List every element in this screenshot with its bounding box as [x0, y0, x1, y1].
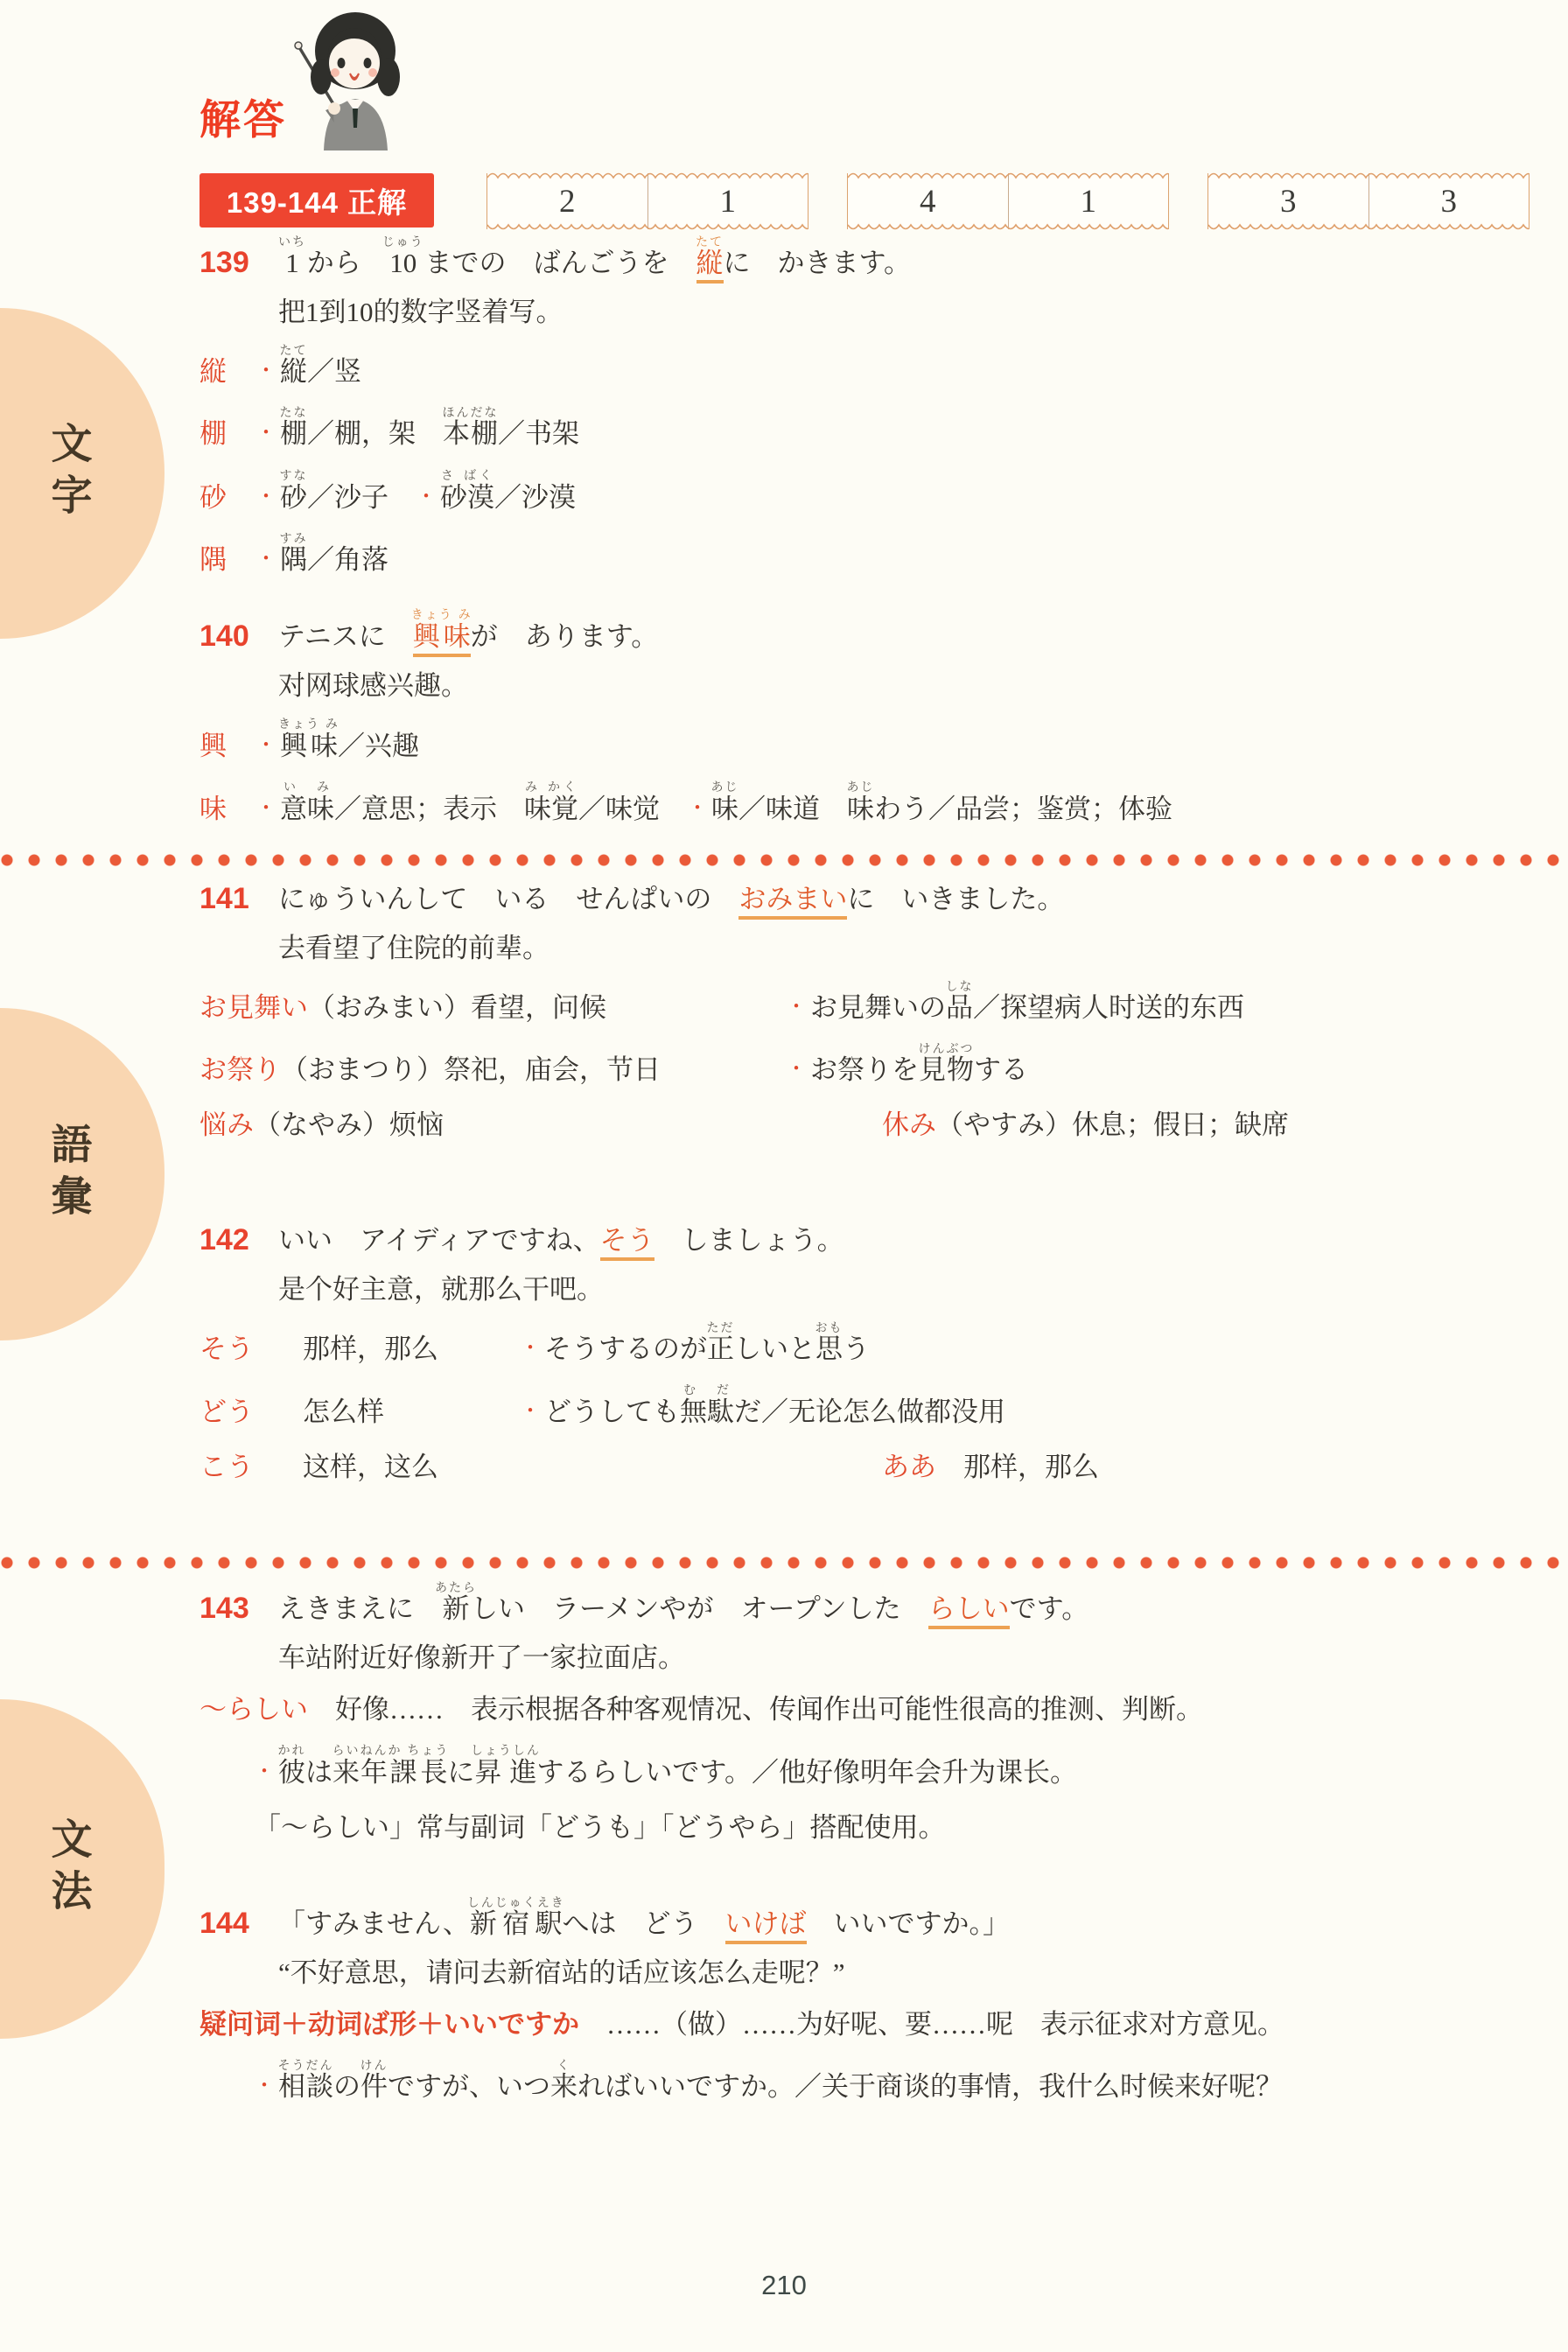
text-segment: ……（做）……为好呢、要……呢 表示征求对方意见。: [579, 2009, 1284, 2040]
text-segment: 見物けんぶつ: [919, 1054, 974, 1085]
red-headword: ああ: [882, 1452, 936, 1482]
answer-boxes: 214133: [486, 173, 1529, 229]
vocab-definition: ・意味い み／意思；表示 味覚み かく／味觉 ・味あじ／味道 味あじわう／品尝；…: [255, 780, 1547, 830]
grammar-explanation: 疑问词＋动词ば形＋いいですか ……（做）……为好呢、要……呢 表示征求对方意见。…: [199, 2004, 1547, 2108]
vocab-cell: 那样，那么: [303, 1328, 520, 1370]
vocab-definition: ・興味きょう み／兴趣: [255, 717, 1547, 767]
bullet-dot: ・: [255, 422, 276, 444]
text-segment: お祭りを: [810, 1054, 919, 1085]
text-segment: ／探望病人时送的东西: [973, 992, 1244, 1023]
text-segment: ／书架: [498, 418, 579, 449]
text-segment: 那样，那么: [936, 1452, 1099, 1482]
highlighted-term: いけば: [725, 1908, 807, 1944]
text-segment: 意味い み: [280, 794, 334, 824]
text-segment: 課長か ちょう: [388, 1757, 448, 1788]
text-segment: 彼かれ: [278, 1757, 305, 1788]
text-segment: えきまえに: [278, 1593, 441, 1624]
question-number: 144: [199, 1907, 278, 1941]
page-number: 210: [0, 2270, 1568, 2301]
text-segment: する: [974, 1054, 1028, 1085]
text-segment: へは どう: [563, 1908, 725, 1939]
text-segment: 「すみません、: [278, 1908, 470, 1939]
answer-box: 41: [847, 173, 1169, 229]
vocab-headword: 味: [199, 787, 255, 826]
answer-value: 4: [848, 173, 1008, 229]
text-segment: そうするのが: [544, 1333, 707, 1364]
explanation-line: ～らしい 好像…… 表示根据各种客观情况、传闻作出可能性很高的推测、判断。: [199, 1689, 1547, 1731]
wavy-border: [487, 171, 808, 180]
text-segment: 品しな: [946, 992, 973, 1023]
question-141: 141 にゅういんして いる せんぱいの おみまいに いきました。 去看望了住院…: [199, 878, 1547, 1146]
vocab-entries: 興・興味きょう み／兴趣味・意味い み／意思；表示 味覚み かく／味觉 ・味あじ…: [199, 717, 1547, 830]
wavy-border: [1208, 171, 1529, 180]
answer-value: 3: [1208, 173, 1368, 229]
answer-box: 21: [486, 173, 808, 229]
text-segment: しいと: [734, 1333, 815, 1364]
vocab-definition: ・隅すみ／角落: [255, 531, 1547, 581]
highlighted-term: 縦たて: [696, 248, 724, 283]
text-segment: 縦たて: [280, 356, 307, 387]
vocab-cell: ・そうするのが正ただしいと思おもう: [520, 1320, 1547, 1370]
bullet-dot: ・: [255, 360, 276, 382]
text-segment: 新宿駅しんじゅくえき: [470, 1908, 563, 1939]
grammar-explanation: ～らしい 好像…… 表示根据各种客观情况、传闻作出可能性很高的推测、判断。・彼か…: [199, 1689, 1547, 1848]
explanation-line: ・相談そうだんの件けんですが、いつ来くればいいですか。／关于商谈的事情，我什么时…: [254, 2058, 1547, 2108]
vocab-row: 悩み（なやみ）烦恼休み（やすみ）休息；假日；缺席: [199, 1104, 1547, 1146]
dotted-divider: [0, 853, 1568, 867]
tab-label: 文法: [40, 1817, 99, 1921]
text-segment: 無駄む だ: [680, 1396, 734, 1427]
question-143: 143 えきまえに 新あたらしい ラーメンやが オープンした らしいです。 车站…: [199, 1580, 1547, 1849]
vocab-cell: そう: [199, 1328, 303, 1370]
question-sentence: 1いち から 10じゅう までの ばんごうを 縦たてに かきます。: [278, 234, 911, 284]
bullet-dot: ・: [687, 797, 708, 820]
text-segment: 1いち: [278, 248, 300, 278]
text-segment: 味覚み かく: [524, 794, 578, 824]
red-headword: 休み: [882, 1109, 936, 1140]
vocab-headword: 興: [199, 724, 255, 763]
vocab-cell: ・お見舞いの品しな／探望病人时送的东西: [786, 979, 1547, 1029]
wavy-border: [1208, 222, 1529, 231]
highlighted-term: おみまい: [738, 884, 847, 920]
text-segment: わう／品尝；鉴赏；体验: [874, 794, 1172, 824]
text-segment: お見舞いの: [810, 992, 946, 1023]
wavy-border: [487, 222, 808, 231]
question-142: 142 いい アイディアですね、そう しましょう。 是个好主意，就那么干吧。 そ…: [199, 1220, 1547, 1488]
text-segment: ／沙漠: [494, 482, 576, 513]
answer-value: 3: [1368, 173, 1529, 229]
vocab-entry-row: 棚・棚たな／棚，架 本棚ほんだな／书架: [199, 405, 1547, 455]
question-number: 139: [199, 246, 278, 280]
vocab-cell: こう: [199, 1446, 303, 1488]
question-140: 140 テニスに 興味きょう みが あります。 对网球感兴趣。 興・興味きょう …: [199, 607, 1547, 831]
text-segment: （やすみ）休息；假日；缺席: [936, 1109, 1289, 1140]
vocab-row: そう那样，那么・そうするのが正ただしいと思おもう: [199, 1320, 1547, 1370]
bullet-dot: ・: [520, 1337, 541, 1360]
red-headword: こう: [199, 1452, 254, 1482]
text-segment: の: [333, 2071, 360, 2102]
vocab-row: こう这样，这么ああ 那样，那么: [199, 1446, 1547, 1488]
red-headword: どう: [199, 1396, 254, 1427]
question-translation: 是个好主意，就那么干吧。: [278, 1270, 1547, 1308]
text-segment: 味あじ: [847, 794, 874, 824]
text-segment: 正ただ: [707, 1333, 734, 1364]
tab-label: 文字: [40, 422, 99, 525]
vocab-cell: ・どうしても無駄む だだ／无论怎么做都没用: [520, 1382, 1547, 1433]
highlighted-term: 興味きょう み: [413, 621, 471, 657]
red-headword: ～らしい: [199, 1694, 308, 1725]
bullet-dot: ・: [786, 1058, 807, 1081]
explanation-line: 疑问词＋动词ば形＋いいですか ……（做）……为好呢、要……呢 表示征求对方意见。: [199, 2004, 1547, 2046]
question-translation: 车站附近好像新开了一家拉面店。: [278, 1639, 1547, 1676]
answer-value: 1: [1008, 173, 1169, 229]
question-sentence: にゅういんして いる せんぱいの おみまいに いきました。: [278, 878, 1064, 920]
text-segment: が あります。: [471, 621, 659, 652]
vocab-cell: 悩み（なやみ）烦恼: [199, 1104, 882, 1146]
text-segment: ／味觉: [578, 794, 687, 824]
sidebar-tab-goi: 語彙: [0, 1008, 164, 1340]
vocab-definition: ・棚たな／棚，架 本棚ほんだな／书架: [255, 405, 1547, 455]
bullet-dot: ・: [520, 1400, 541, 1423]
text-segment: ／意思；表示: [334, 794, 524, 824]
text-segment: ／棚，架: [307, 418, 443, 449]
wavy-border: [848, 171, 1168, 180]
vocab-entry-row: 興・興味きょう み／兴趣: [199, 717, 1547, 767]
vocab-headword: 縦: [199, 349, 255, 388]
text-segment: テニスに: [278, 621, 413, 652]
text-segment: ／沙子: [307, 482, 416, 513]
vocab-entry-row: 縦・縦たて／竖: [199, 343, 1547, 393]
text-segment: するらしいです。／他好像明年会升为课长。: [536, 1757, 1077, 1788]
vocab-cell: ああ 那样，那么: [882, 1446, 1547, 1488]
question-number: 142: [199, 1223, 278, 1257]
vocab-cell: お祭り（おまつり）祭祀，庙会，节日: [199, 1049, 786, 1091]
highlighted-term: らしい: [928, 1593, 1010, 1629]
vocab-rows: そう那样，那么・そうするのが正ただしいと思おもうどう怎么样・どうしても無駄む だ…: [199, 1320, 1547, 1487]
vocab-headword: 棚: [199, 411, 255, 451]
text-segment: ですが、いつ: [388, 2071, 550, 2102]
text-segment: ／角落: [307, 544, 388, 575]
question-translation: 去看望了住院的前辈。: [278, 929, 1547, 967]
text-segment: です。: [1010, 1593, 1089, 1624]
vocab-row: お見舞い（おみまい）看望，问候・お見舞いの品しな／探望病人时送的东西: [199, 979, 1547, 1029]
text-segment: 「～らしい」常与副词「どうも」「どうやら」搭配使用。: [254, 1812, 946, 1843]
text-segment: は: [305, 1757, 332, 1788]
question-139: 139 1いち から 10じゅう までの ばんごうを 縦たてに かきます。 把1…: [199, 234, 1547, 581]
text-segment: 新あたら: [441, 1593, 471, 1624]
answer-box: 33: [1207, 173, 1529, 229]
text-segment: 砂すな: [280, 482, 307, 513]
text-segment: 10じゅう: [388, 248, 418, 278]
text-segment: だ／无论怎么做都没用: [734, 1396, 1005, 1427]
vocab-row: どう怎么样・どうしても無駄む だだ／无论怎么做都没用: [199, 1382, 1547, 1433]
text-segment: から: [300, 248, 388, 278]
question-number: 143: [199, 1592, 278, 1626]
vocab-definition: ・砂すな／沙子 ・砂漠さ ばく／沙漠: [255, 468, 1547, 519]
question-144: 144 「すみません、新宿駅しんじゅくえきへは どう いけば いいですか。」 “…: [199, 1895, 1547, 2109]
vocab-headword: 砂: [199, 475, 255, 514]
vocab-rows: お見舞い（おみまい）看望，问候・お見舞いの品しな／探望病人时送的东西お祭り（おま…: [199, 979, 1547, 1145]
text-segment: 本棚ほんだな: [443, 418, 498, 449]
vocab-headword: 隅: [199, 537, 255, 577]
bullet-dot: ・: [255, 797, 276, 820]
vocab-entries: 縦・縦たて／竖棚・棚たな／棚，架 本棚ほんだな／书架砂・砂すな／沙子 ・砂漠さ …: [199, 343, 1547, 580]
dotted-divider: [0, 1556, 1568, 1570]
question-sentence: テニスに 興味きょう みが あります。: [278, 607, 658, 658]
bullet-dot: ・: [786, 996, 807, 1018]
vocab-entry-row: 隅・隅すみ／角落: [199, 531, 1547, 581]
text-segment: 棚たな: [280, 418, 307, 449]
text-segment: 思おも: [815, 1333, 843, 1364]
question-translation: “不好意思，请问去新宿站的话应该怎么走呢？”: [278, 1954, 1547, 1991]
bullet-dot: ・: [254, 1760, 275, 1783]
text-segment: しい ラーメンやが オープンした: [471, 1593, 928, 1624]
sidebar-tab-moji: 文字: [0, 308, 164, 639]
bullet-dot: ・: [255, 548, 276, 570]
text-segment: 隅すみ: [280, 544, 307, 575]
vocab-cell: 休み（やすみ）休息；假日；缺席: [882, 1104, 1547, 1146]
vocab-cell: 这样，这么: [303, 1446, 882, 1488]
correct-answer-badge: 139-144 正解: [199, 173, 434, 227]
text-segment: 昇進しょうしん: [474, 1757, 536, 1788]
text-segment: （おみまい）看望，问候: [308, 992, 606, 1023]
answer-section-label: 解答: [199, 87, 287, 146]
text-segment: 興味きょう み: [280, 731, 338, 761]
text-segment: に かきます。: [724, 248, 912, 278]
question-sentence: 「すみません、新宿駅しんじゅくえきへは どう いけば いいですか。」: [278, 1895, 1010, 1945]
vocab-entry-row: 味・意味い み／意思；表示 味覚み かく／味觉 ・味あじ／味道 味あじわう／品尝…: [199, 780, 1547, 830]
text-segment: 来年らいねん: [332, 1757, 388, 1788]
red-headword: 疑问词＋动词ば形＋いいですか: [199, 2009, 579, 2040]
text-segment: ／兴趣: [338, 731, 419, 761]
text-segment: どうしても: [544, 1396, 680, 1427]
text-segment: 好像…… 表示根据各种客观情况、传闻作出可能性很高的推测、判断。: [308, 1694, 1203, 1725]
vocab-definition: ・縦たて／竖: [255, 343, 1547, 393]
vocab-row: お祭り（おまつり）祭祀，庙会，节日・お祭りを見物けんぶつする: [199, 1041, 1547, 1091]
question-sentence: いい アイディアですね、そう しましょう。: [278, 1220, 844, 1262]
tab-label: 語彙: [40, 1123, 99, 1226]
vocab-cell: ・お祭りを見物けんぶつする: [786, 1041, 1547, 1091]
question-sentence: えきまえに 新あたらしい ラーメンやが オープンした らしいです。: [278, 1580, 1088, 1630]
text-segment: ／味道: [738, 794, 847, 824]
tie: [353, 108, 358, 128]
text-segment: ればいいですか。／关于商谈的事情，我什么时候来好呢？: [577, 2071, 1283, 2102]
vocab-cell: どう: [199, 1391, 303, 1433]
question-number: 140: [199, 619, 278, 654]
textbook-answer-page: 解答 139-144 正解 214133 文字 語彙 文法 139 1いち から…: [0, 0, 1568, 2352]
vocab-cell: 怎么样: [303, 1391, 520, 1433]
text-segment: 相談そうだん: [278, 2071, 333, 2102]
text-segment: いいですか。」: [807, 1908, 1011, 1939]
highlighted-term: そう: [600, 1225, 654, 1261]
text-segment: 那样，那么: [303, 1333, 438, 1364]
answer-value: 1: [647, 173, 808, 229]
bullet-dot: ・: [416, 486, 437, 508]
explanation-line: 「～らしい」常与副词「どうも」「どうやら」搭配使用。: [254, 1807, 1547, 1849]
red-headword: 悩み: [199, 1109, 254, 1140]
text-segment: にゅういんして いる せんぱいの: [278, 884, 738, 914]
red-headword: お見舞い: [199, 992, 308, 1023]
sidebar-tab-bunpou: 文法: [0, 1699, 164, 2039]
mascot-girl-illustration: [282, 5, 422, 154]
text-segment: う: [843, 1333, 870, 1364]
text-segment: いい アイディアですね、: [278, 1225, 600, 1256]
bullet-dot: ・: [255, 734, 276, 757]
question-translation: 对网球感兴趣。: [278, 667, 1547, 704]
text-segment: までの ばんごうを: [418, 248, 696, 278]
explanation-line: ・彼かれは来年らいねん課長か ちょうに昇進しょうしんするらしいです。／他好像明年…: [254, 1743, 1547, 1794]
text-segment: しましょう。: [654, 1225, 844, 1256]
text-segment: 来く: [550, 2071, 577, 2102]
text-segment: （なやみ）烦恼: [254, 1109, 444, 1140]
question-number: 141: [199, 882, 278, 916]
bullet-dot: ・: [254, 2075, 275, 2097]
vocab-cell: お見舞い（おみまい）看望，问候: [199, 987, 786, 1029]
question-translation: 把1到10的数字竖着写。: [278, 293, 1547, 331]
text-segment: ／竖: [307, 356, 361, 387]
red-headword: そう: [199, 1333, 254, 1364]
text-segment: 砂漠さ ばく: [440, 482, 494, 513]
text-segment: 怎么样: [303, 1396, 384, 1427]
text-segment: 件けん: [360, 2071, 388, 2102]
answer-value: 2: [487, 173, 647, 229]
red-headword: お祭り: [199, 1054, 281, 1085]
wavy-border: [848, 222, 1168, 231]
bullet-dot: ・: [255, 486, 276, 508]
text-segment: に いきました。: [847, 884, 1064, 914]
vocab-entry-row: 砂・砂すな／沙子 ・砂漠さ ばく／沙漠: [199, 468, 1547, 519]
text-segment: 味あじ: [711, 794, 738, 824]
text-segment: （おまつり）祭祀，庙会，节日: [281, 1054, 661, 1085]
text-segment: 这样，这么: [303, 1452, 438, 1482]
